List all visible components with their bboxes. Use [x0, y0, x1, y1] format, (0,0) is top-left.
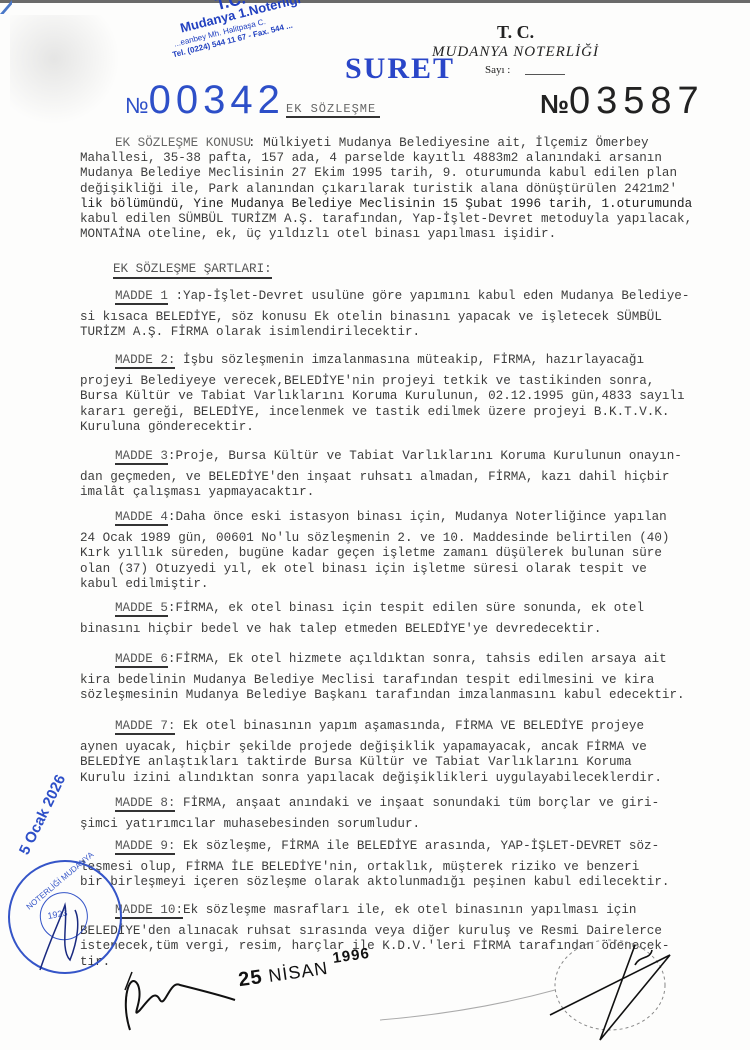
article-label: MADDE 7: [115, 719, 175, 735]
article-label: MADDE 8: [115, 796, 175, 812]
article-line: :FİRMA, Ek otel hizmete açıldıktan sonra… [168, 652, 667, 666]
subject-label: EK SÖZLEŞME KONUSU [115, 136, 251, 151]
serial-left-value: 00342 [149, 78, 285, 122]
article-line: Ek sözleşme masrafları ile, ek otel bina… [183, 903, 636, 917]
conditions-title: EK SÖZLEŞME ŞARTLARI: [113, 262, 272, 279]
signature-seal-icon [30, 900, 90, 980]
document-page: T.C. Mudanya 1.Noterliği ...eanbey Mh. H… [0, 0, 750, 1050]
scan-edge [0, 0, 750, 3]
subject-line: değişikliği ile, Park alanından çıkarıla… [80, 182, 730, 197]
article-line: olan (37) Otuzyedi yıl, ek otel binası i… [80, 562, 730, 577]
article-line: kararı gereği, BELEDİYE, incelenmek ve t… [80, 405, 730, 420]
article-line: İşbu sözleşmenin imzalanmasına müteakip,… [175, 353, 644, 367]
article-line: sözleşmesinin Mudanya Belediye Başkanı t… [80, 688, 730, 703]
date-day: 25 [237, 966, 264, 991]
article-label: MADDE 9: [115, 839, 175, 855]
serial-number-right: №03587 [540, 80, 705, 123]
article-4: MADDE 4:Daha önce eski istasyon binası i… [80, 510, 730, 592]
article-1: MADDE 1 :Yap-İşlet-Devret usulüne göre y… [80, 289, 730, 341]
article-line: projeyi Belediyeye verecek,BELEDİYE'nin … [80, 374, 730, 389]
article-7: MADDE 7: Ek otel binasının yapım aşaması… [80, 719, 730, 786]
article-3: MADDE 3:Proje, Bursa Kültür ve Tabiat Va… [80, 449, 730, 501]
serial-right-value: 03587 [569, 80, 705, 122]
article-8: MADDE 8: FİRMA, anşaat anındaki ve inşaa… [80, 796, 730, 832]
article-line: Kırk yıllık süreden, bugüne kadar geçen … [80, 546, 730, 561]
numero-sign-left: № [125, 93, 149, 118]
article-label: MADDE 6 [115, 652, 168, 668]
article-label: MADDE 5 [115, 601, 168, 617]
signature-right-icon [540, 935, 680, 1045]
subject-line: kabul edilen SÜMBÜL TURİZM A.Ş. tarafınd… [80, 212, 730, 227]
article-6: MADDE 6:FİRMA, Ek otel hizmete açıldıkta… [80, 652, 730, 704]
notary-stamp: T.C. Mudanya 1.Noterliği ...eanbey Mh. H… [165, 0, 344, 68]
header-sayi-label: Sayı : [485, 64, 510, 76]
article-line: dan geçmeden, ve BELEDİYE'den inşaat ruh… [80, 470, 730, 485]
article-line: Ek sözleşme, FİRMA ile BELEDİYE arasında… [175, 839, 659, 853]
subject-line: lik bölümündü, Yine Mudanya Belediye Mec… [80, 197, 730, 212]
serial-number-left: №00342 [125, 78, 285, 123]
numero-sign-right: № [540, 89, 569, 119]
side-date-stamp: 5 Ocak 2026 [16, 772, 69, 857]
article-line: aynen uyacak, hiçbir şekilde projede değ… [80, 740, 730, 755]
article-line: Bursa Kültür ve Tabiat Varlıklarını Koru… [80, 389, 730, 404]
article-line: :Daha önce eski istasyon binası için, Mu… [168, 510, 667, 524]
article-line: şimci yatırımcılar muhasebesinden soruml… [80, 817, 730, 832]
header-tc: T. C. [497, 22, 534, 43]
subject-line: Mudanya Belediye Meclisinin 27 Ekim 1995… [80, 166, 730, 181]
article-label: MADDE 3 [115, 449, 168, 465]
article-line: FİRMA, anşaat anındaki ve inşaat sonunda… [175, 796, 659, 810]
article-line: 24 Ocak 1989 gün, 00601 No'lu sözleşmeni… [80, 531, 730, 546]
header-office: MUDANYA NOTERLİĞİ [432, 44, 599, 61]
article-label: MADDE 1 [115, 289, 168, 305]
article-line: kira bedelinin Mudanya Belediye Meclisi … [80, 673, 730, 688]
document-title: EK SÖZLEŞME [286, 102, 380, 118]
faint-pen-stroke-icon [380, 985, 560, 1025]
article-line: :Yap-İşlet-Devret usulüne göre yapımını … [168, 289, 689, 303]
article-label: MADDE 4 [115, 510, 168, 526]
article-5: MADDE 5:FİRMA, ek otel binası için tespi… [80, 601, 730, 637]
article-line: :Proje, Bursa Kültür ve Tabiat Varlıklar… [168, 449, 682, 463]
article-line: Ek otel binasının yapım aşamasında, FİRM… [175, 719, 644, 733]
article-line: bir birleşmeyi içeren sözleşme olarak ak… [80, 875, 730, 890]
article-label: MADDE 10: [115, 903, 183, 919]
sayi-line [525, 74, 565, 75]
article-line: Kurulu izini alındıktan sonra yapılacak … [80, 771, 730, 786]
subject-paragraph: EK SÖZLEŞME KONUSU : Mülkiyeti Mudanya B… [80, 136, 730, 242]
article-line: TURİZM A.Ş. FİRMA olarak isimlendirilece… [80, 325, 730, 340]
scan-smudge [10, 15, 120, 125]
signature-left-icon [110, 960, 240, 1040]
article-line: si kısaca BELEDİYE, söz konusu Ek otelin… [80, 310, 730, 325]
article-line: Kuruluna gönderecektir. [80, 420, 730, 435]
article-line: BELEDİYE anlaştıkları taktirde Bursa Kül… [80, 755, 730, 770]
article-line: :FİRMA, ek otel binası için tespit edile… [168, 601, 644, 615]
article-line: leşmesi olup, FİRMA İLE BELEDİYE'nin, or… [80, 860, 730, 875]
article-2: MADDE 2: İşbu sözleşmenin imzalanmasına … [80, 353, 730, 435]
article-line: kabul edilmiştir. [80, 577, 730, 592]
subject-line: MONTAİNA oteline, ek, üç yıldızlı otel b… [80, 227, 730, 242]
article-line: imalât çalışması yapmayacaktır. [80, 485, 730, 500]
article-9: MADDE 9: Ek sözleşme, FİRMA ile BELEDİYE… [80, 839, 730, 891]
subject-line: Mahallesi, 35-38 pafta, 157 ada, 4 parse… [80, 151, 730, 166]
article-label: MADDE 2: [115, 353, 175, 369]
date-year: 1996 [332, 945, 371, 967]
article-line: binasını hiçbir bedel ve hak talep etmed… [80, 622, 730, 637]
